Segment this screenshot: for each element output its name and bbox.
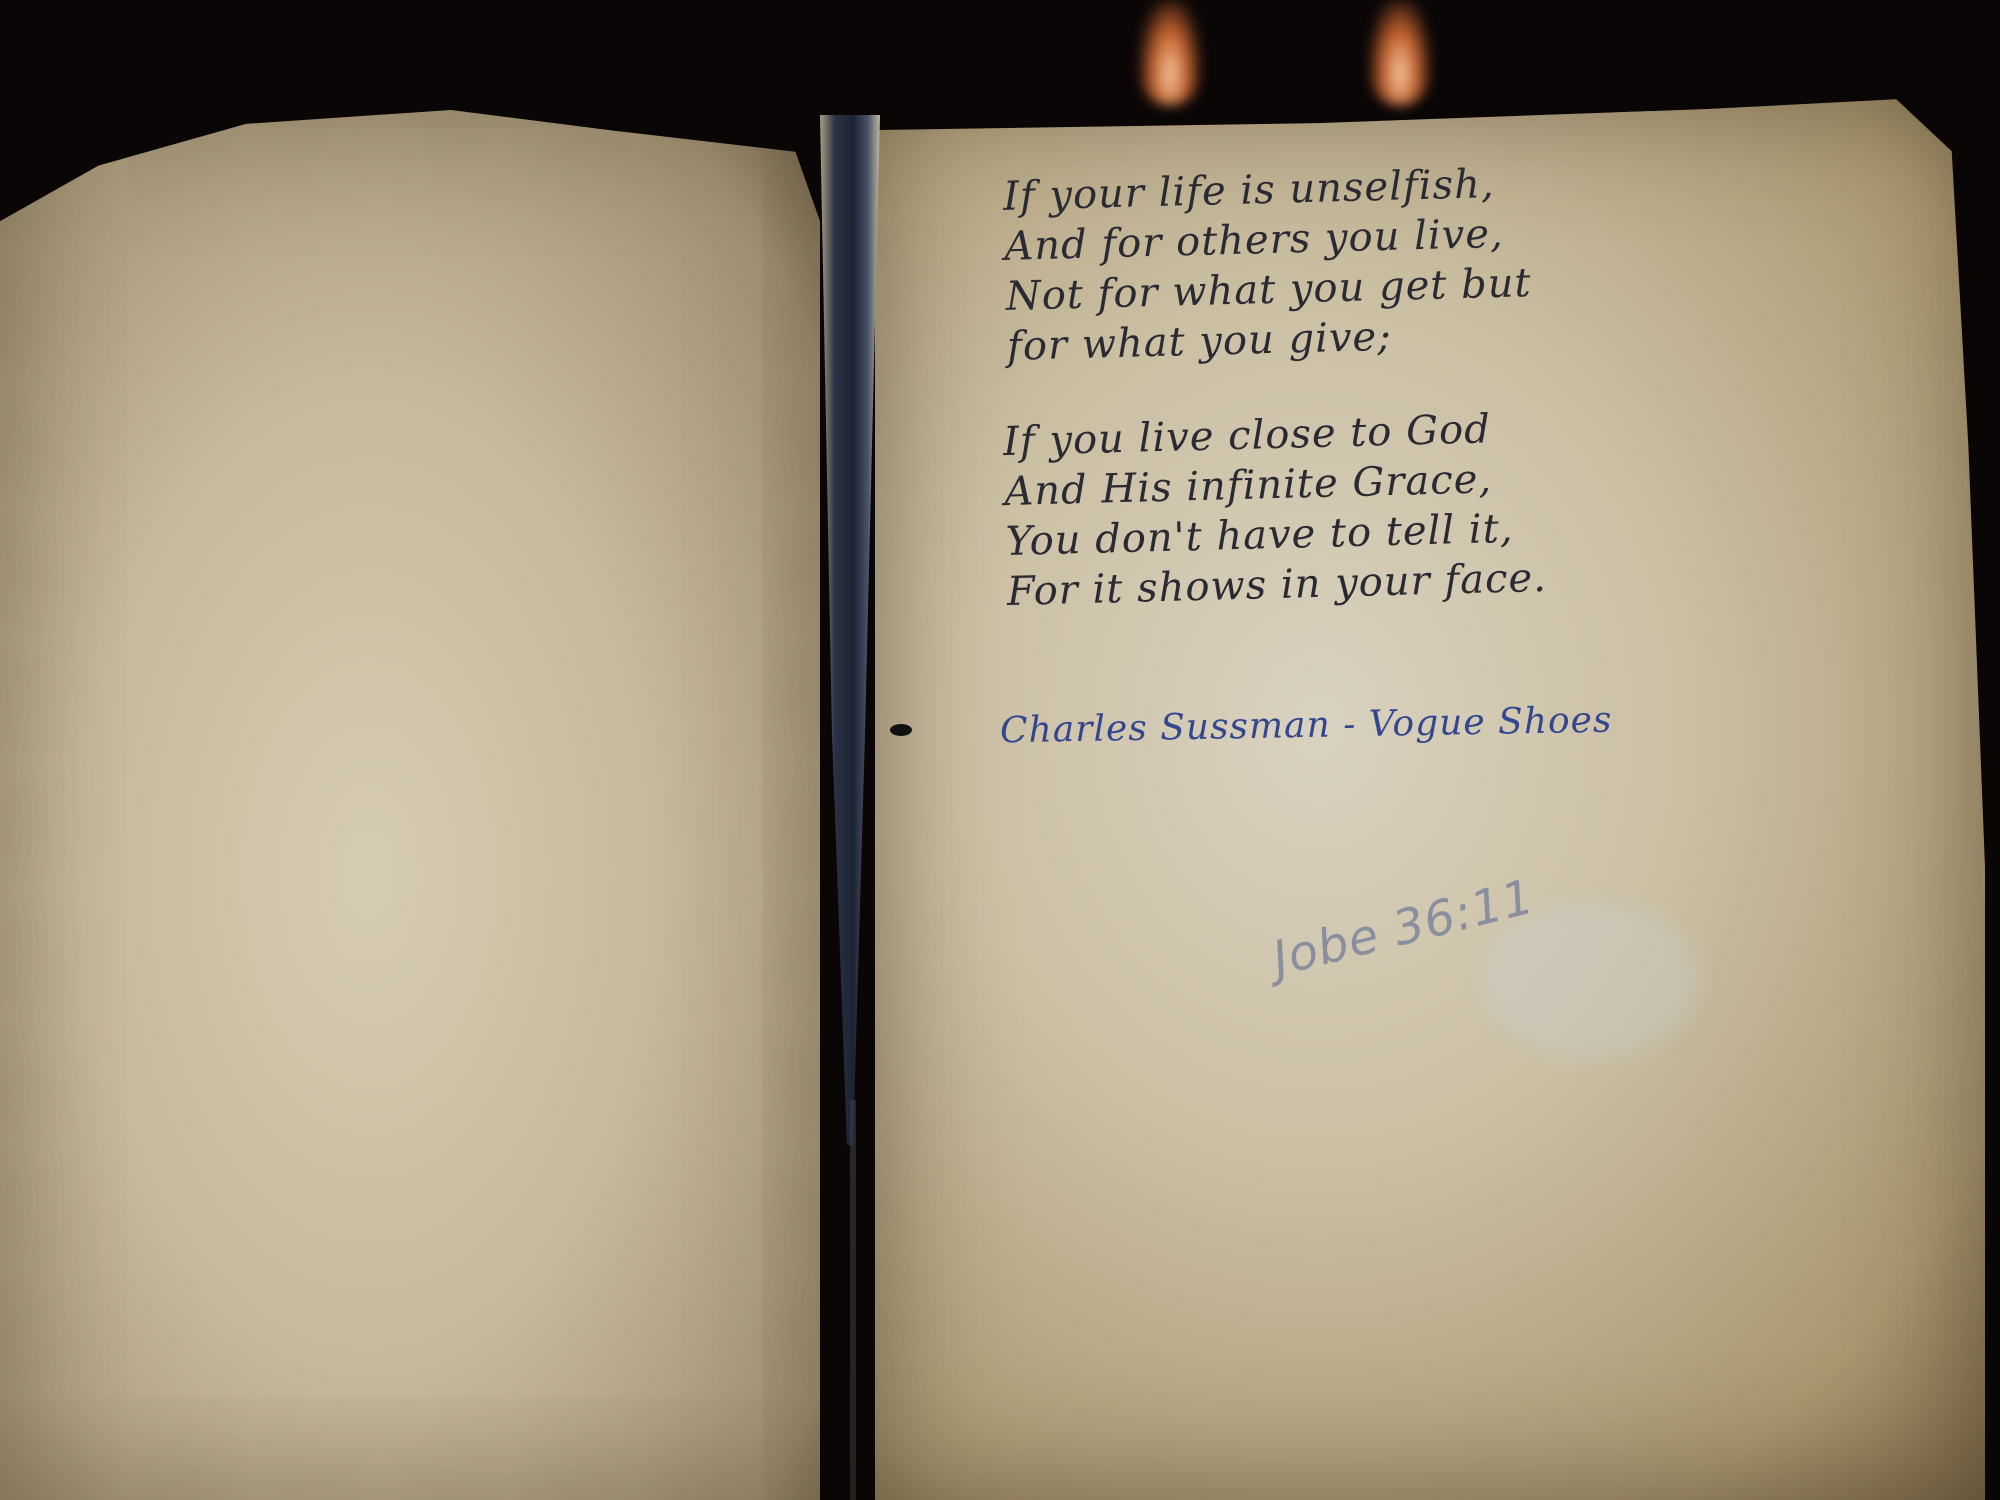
book-spine — [820, 115, 880, 1145]
ink-blot — [890, 724, 912, 736]
poem-stanza-1: If your life is unselfish, And for other… — [1002, 158, 1533, 372]
light-reflection-right — [1370, 0, 1430, 105]
poem-stanza-2: If you live close to God And His infinit… — [1002, 403, 1547, 617]
light-reflection-left — [1140, 0, 1200, 105]
left-page — [0, 110, 820, 1500]
spine-crease — [850, 1100, 856, 1500]
